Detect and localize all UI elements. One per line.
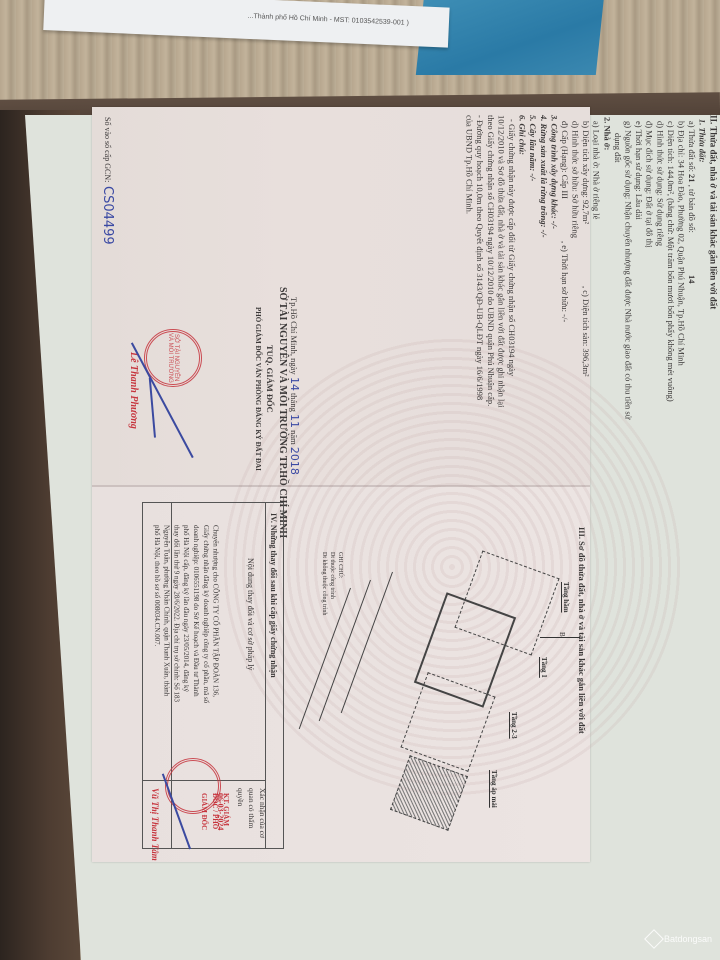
map-sheet-number: 14 <box>687 235 697 284</box>
column-header-content: Nội dung thay đổi và cơ sở pháp lý <box>245 558 256 670</box>
other-works: 3. Công trình xây dựng khác: -/- <box>549 115 560 419</box>
use-origin: g) Nguồn gốc sử dụng: Nhận chuyển nhượng… <box>623 115 634 419</box>
north-arrow-icon <box>540 637 580 638</box>
legend-title: GHI CHÚ: <box>336 552 344 615</box>
use-origin-cont: dụng đất <box>612 115 623 419</box>
parcel-line: a) Thửa đất số: 21 , tờ bản đồ số: 14 <box>686 115 697 419</box>
section-2: II. Thửa đất, nhà ở và tài sản khác gắn … <box>464 115 718 419</box>
use-term: e) Thời hạn sử dụng: Lâu dài <box>634 115 645 419</box>
top-paper-text: ...Thành phố Hồ Chí Minh - MST: 01035425… <box>247 13 409 27</box>
registration-value: CS04499 <box>100 184 115 245</box>
land-area: c) Diện tích: 144,0m², (bằng chữ: Một tr… <box>665 115 676 419</box>
on-behalf: TUQ. GIÁM ĐỐC <box>264 287 276 538</box>
signature-block: Tp.Hồ Chí Minh, ngày 14 tháng 11 năm 201… <box>252 287 300 538</box>
diagram-legend: GHI CHÚ: Dt thuộc công trình Dt không th… <box>320 552 344 615</box>
perennial: 5. Cây lâu năm: -/- <box>528 115 539 419</box>
change-entry: Chuyển nhượng cho CÔNG TY CỔ PHẦN TẬP ĐO… <box>151 525 220 703</box>
confirm-signer: Vũ Thị Thanh Tâm <box>149 788 160 861</box>
note-line: của UBND Tp.Hồ Chí Minh. <box>464 115 475 419</box>
legend-item: Dt thuộc công trình <box>328 552 336 615</box>
signer-name: Lê Thanh Phương <box>128 352 139 429</box>
land-use-certificate: II. Thửa đất, nhà ở và tài sản khác gắn … <box>92 107 590 862</box>
fold-line <box>92 485 590 487</box>
house-own-term: , e) Thời hạn sở hữu: -/- <box>560 201 570 322</box>
column-header-confirm: Xác nhận của cơ quan có thẩm quyền <box>235 788 268 840</box>
watermark-logo-icon <box>644 929 664 949</box>
issuing-authority: SỞ TÀI NGUYÊN VÀ MÔI TRƯỜNG TP.HỒ CHÍ MI… <box>276 287 288 538</box>
section-2-heading: II. Thửa đất, nhà ở và tài sản khác gắn … <box>708 115 719 419</box>
use-purpose: đ) Mục đích sử dụng: Đất ở tại đô thị <box>644 115 655 419</box>
issue-date: Tp.Hồ Chí Minh, ngày 14 tháng 11 năm 201… <box>288 287 300 538</box>
floor-label-2-3: Tầng 2-3 <box>510 712 518 739</box>
forest: 4. Rừng sản xuất là rừng trồng: -/- <box>538 115 549 419</box>
address: b) Địa chỉ: 34 Hoa Đào, Phường 02, Quận … <box>676 115 687 419</box>
changes-table: IV. Những thay đổi sau khi cấp giấy chứn… <box>142 502 284 849</box>
land-heading: 1. Thửa đất: <box>697 115 708 419</box>
registration-number: Số vào sổ cấp GCN: CS04499 <box>102 117 113 245</box>
house-build-area: b) Diện tích xây dựng: 92,7m² , c) Diện … <box>581 115 592 419</box>
house-type: a) Loại nhà ở: Nhà ở riêng lẻ <box>591 115 602 419</box>
official-red-stamp: SỞ TÀI NGUYÊN VÀ MÔI TRƯỜNG <box>144 329 202 387</box>
house-ownership: d) Hình thức sở hữu: Sở hữu riêng <box>570 115 581 419</box>
north-label: B <box>556 632 567 637</box>
house-heading: 2. Nhà ở: <box>602 115 613 419</box>
note-line: 10/12/2010 và Sơ đồ thửa đất, nhà ở và t… <box>496 115 507 419</box>
section-4-heading: IV. Những thay đổi sau khi cấp giấy chứn… <box>268 513 279 678</box>
parcel-diagram: Tầng hầm Tầng 1 Tầng 2-3 Tầng áp mái B G… <box>300 502 590 862</box>
note-line: theo Giấy chứng nhận số CH03194 ngày 10/… <box>485 115 496 419</box>
note-line: - Giấy chứng nhận này được cấp đổi từ Gi… <box>506 115 517 419</box>
signer-title: PHÓ GIÁM ĐỐC VĂN PHÒNG ĐĂNG KÝ ĐẤT ĐAI <box>252 287 264 538</box>
use-form: d) Hình thức sử dụng: Sử dụng riêng <box>655 115 666 419</box>
house-floor-area: , c) Diện tích sàn: 396,3m² <box>581 226 591 377</box>
note-line: - Đường quy hoạch 10,0m theo Quyết định … <box>475 115 486 419</box>
watermark: Batdongsan <box>647 932 712 946</box>
registration-label: Số vào sổ cấp GCN: <box>103 117 112 182</box>
house-grade: đ) Cấp (Hạng): Cấp III , e) Thời hạn sở … <box>559 115 570 419</box>
floor-label-attic: Tầng áp mái <box>490 770 498 808</box>
legend-item: Dt không thuộc công trình <box>320 552 328 615</box>
notes-heading: 6. Ghi chú: <box>517 115 528 419</box>
floor-label-ground: Tầng 1 <box>540 657 548 678</box>
issue-year: 2018 <box>288 447 301 475</box>
floor-label-basement: Tầng hầm <box>562 582 570 613</box>
